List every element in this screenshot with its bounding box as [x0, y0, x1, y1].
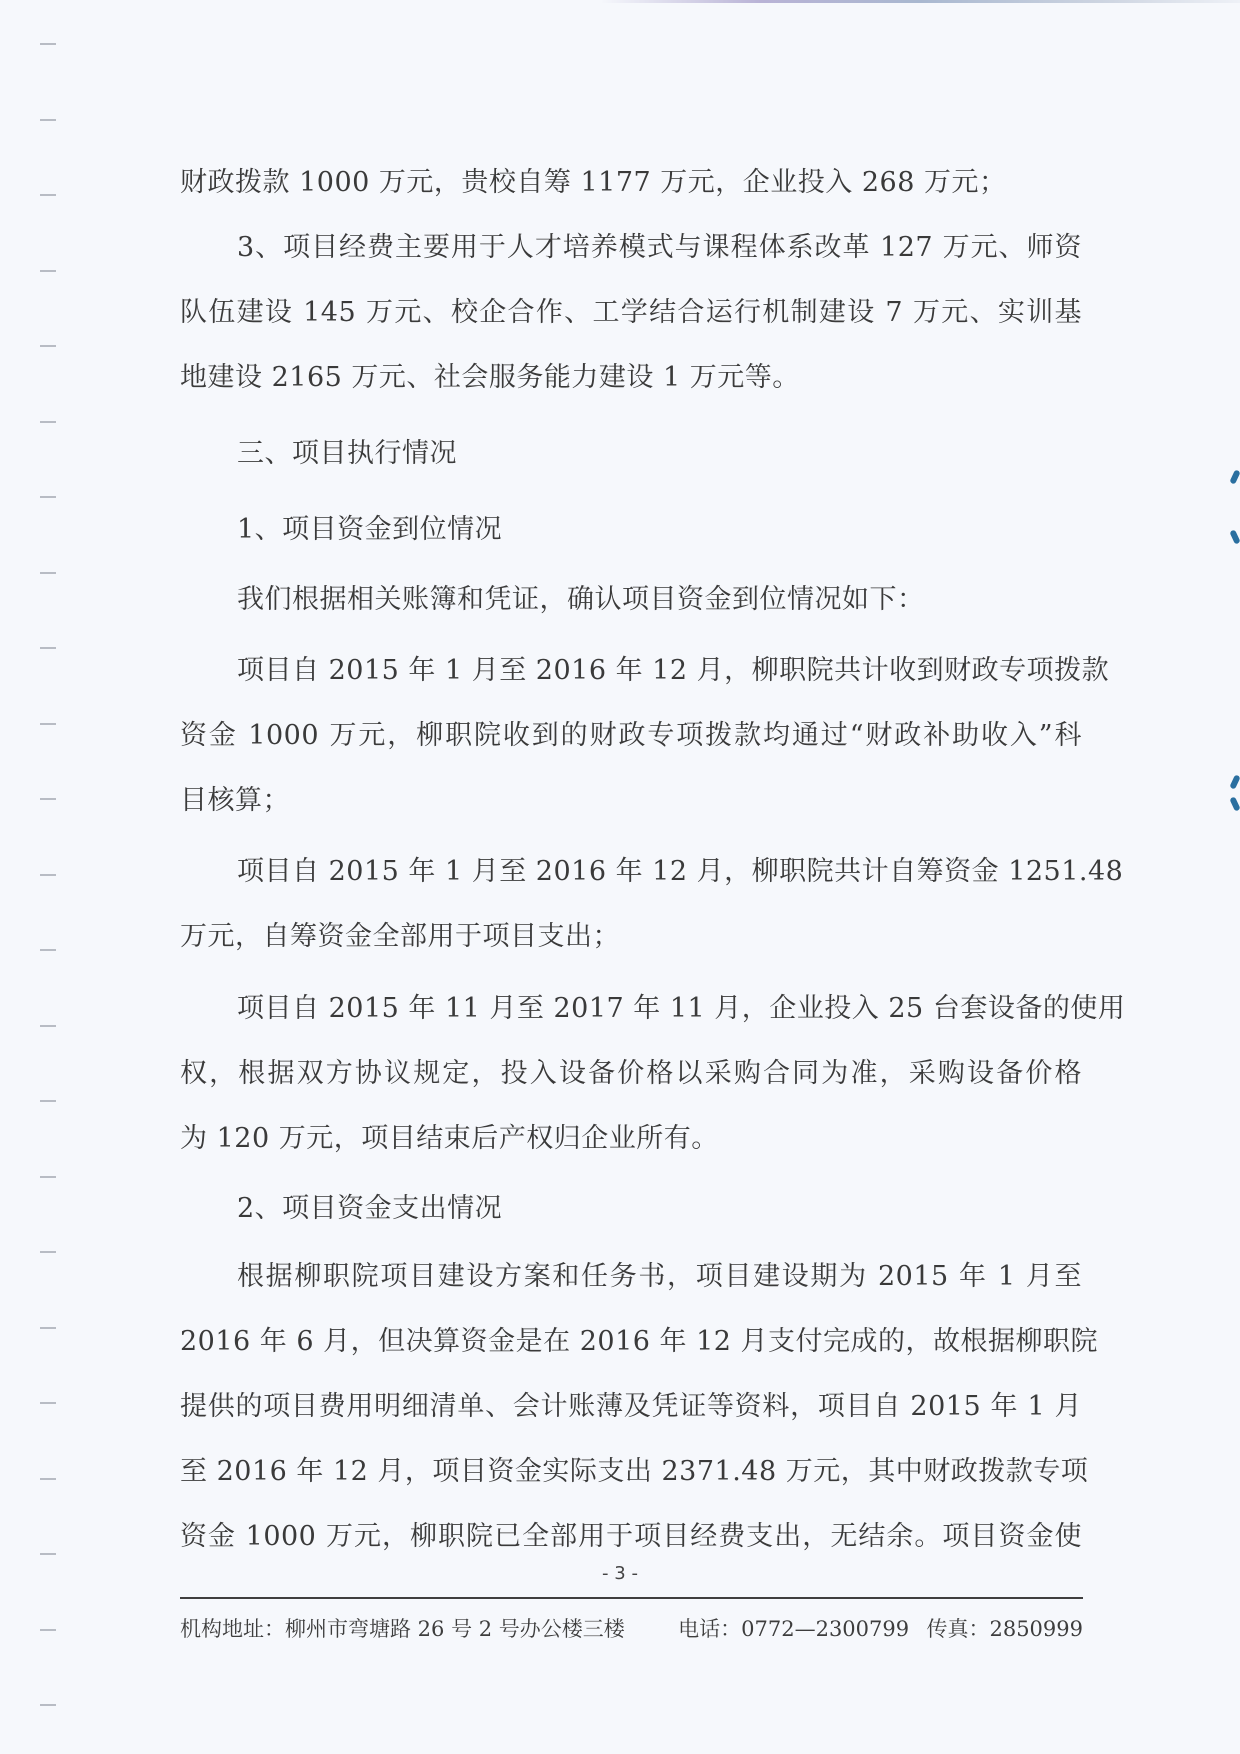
binding-tick-mark [40, 647, 56, 649]
binding-tick-mark [40, 1629, 56, 1631]
body-line: 项目自 2015 年 11 月至 2017 年 11 月，企业投入 25 台套设… [237, 992, 1082, 1026]
stamp-fragment-icon [1229, 469, 1240, 484]
body-line: 3、项目经费主要用于人才培养模式与课程体系改革 127 万元、师资 [237, 231, 1082, 265]
scan-artifact-band [600, 0, 1240, 3]
binding-tick-mark [40, 496, 56, 498]
binding-tick-mark [40, 421, 56, 423]
body-line: 权，根据双方协议规定，投入设备价格以采购合同为准，采购设备价格 [180, 1057, 1082, 1091]
binding-tick-mark [40, 874, 56, 876]
binding-tick-mark [40, 1402, 56, 1404]
body-line: 至 2016 年 12 月，项目资金实际支出 2371.48 万元，其中财政拨款… [180, 1455, 1082, 1489]
binding-tick-mark [40, 1100, 56, 1102]
binding-tick-mark [40, 798, 56, 800]
binding-tick-mark [40, 1478, 56, 1480]
body-line: 资金 1000 万元，柳职院收到的财政专项拨款均通过“财政补助收入”科 [180, 719, 1082, 753]
body-line: 提供的项目费用明细清单、会计账薄及凭证等资料，项目自 2015 年 1 月 [180, 1390, 1082, 1424]
binding-tick-mark [40, 949, 56, 951]
binding-tick-mark [40, 1176, 56, 1178]
stamp-fragment-icon [1229, 796, 1240, 811]
body-line: 地建设 2165 万元、社会服务能力建设 1 万元等。 [180, 361, 1082, 395]
body-line: 项目自 2015 年 1 月至 2016 年 12 月，柳职院共计收到财政专项拨… [237, 654, 1082, 688]
stamp-fragment-icon [1229, 774, 1240, 789]
subsection-heading: 1、项目资金到位情况 [237, 513, 1082, 547]
body-line: 为 120 万元，项目结束后产权归企业所有。 [180, 1122, 1082, 1156]
binding-margin-marks [40, 0, 58, 1754]
body-line: 队伍建设 145 万元、校企合作、工学结合运行机制建设 7 万元、实训基 [180, 296, 1082, 330]
footer-fax: 传真：2850999 [926, 1615, 1083, 1643]
body-line: 财政拨款 1000 万元，贵校自筹 1177 万元，企业投入 268 万元； [180, 166, 1082, 200]
body-line: 我们根据相关账簿和凭证，确认项目资金到位情况如下： [237, 583, 1082, 617]
footer-address: 机构地址：柳州市弯塘路 26 号 2 号办公楼三楼 [180, 1615, 625, 1643]
binding-tick-mark [40, 270, 56, 272]
body-line: 资金 1000 万元，柳职院已全部用于项目经费支出，无结余。项目资金使 [180, 1520, 1082, 1554]
body-line: 万元，自筹资金全部用于项目支出； [180, 920, 1082, 954]
binding-tick-mark [40, 1553, 56, 1555]
body-line: 2016 年 6 月，但决算资金是在 2016 年 12 月支付完成的，故根据柳… [180, 1325, 1082, 1359]
binding-tick-mark [40, 1327, 56, 1329]
binding-tick-mark [40, 1025, 56, 1027]
page-number: - 3 - [0, 1563, 1240, 1584]
binding-tick-mark [40, 572, 56, 574]
subsection-heading: 2、项目资金支出情况 [237, 1192, 1082, 1226]
binding-tick-mark [40, 43, 56, 45]
stamp-fragment-icon [1229, 529, 1240, 544]
footer-divider [180, 1597, 1083, 1599]
binding-tick-mark [40, 723, 56, 725]
body-line: 根据柳职院项目建设方案和任务书，项目建设期为 2015 年 1 月至 [237, 1260, 1082, 1294]
body-line: 项目自 2015 年 1 月至 2016 年 12 月，柳职院共计自筹资金 12… [237, 855, 1082, 889]
section-heading: 三、项目执行情况 [237, 437, 1082, 471]
binding-tick-mark [40, 119, 56, 121]
binding-tick-mark [40, 345, 56, 347]
binding-tick-mark [40, 194, 56, 196]
binding-tick-mark [40, 1704, 56, 1706]
footer-phone: 电话：0772—2300799 [678, 1615, 909, 1643]
footer: 机构地址：柳州市弯塘路 26 号 2 号办公楼三楼 电话：0772—230079… [180, 1615, 1083, 1643]
body-line: 目核算； [180, 784, 1082, 818]
binding-tick-mark [40, 1251, 56, 1253]
